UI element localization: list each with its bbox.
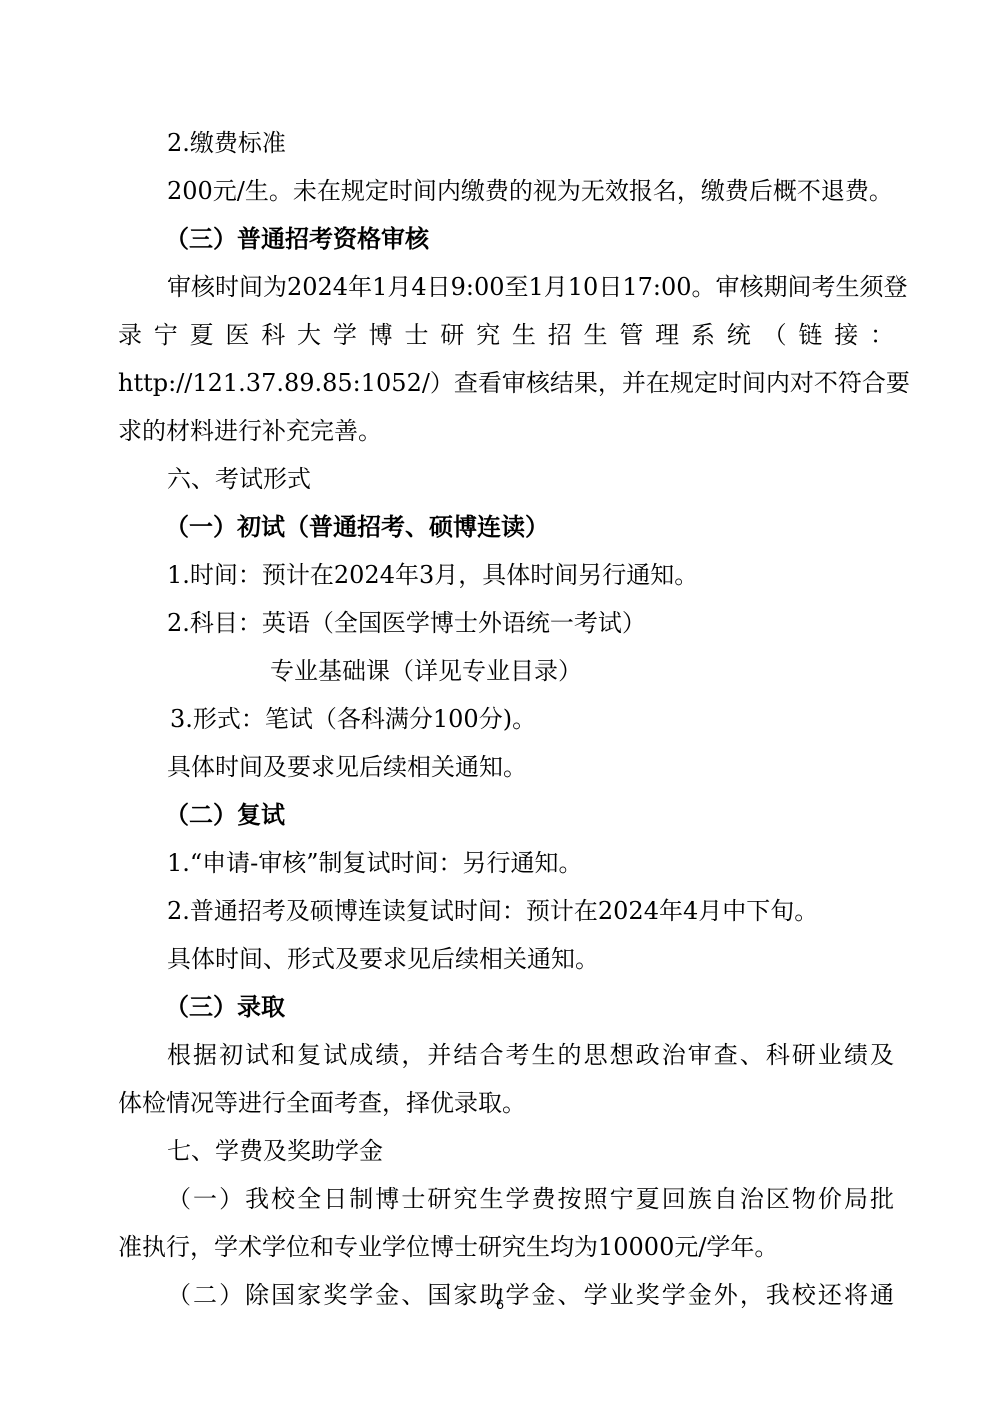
- retest-item-2: 2.普通招考及硕博连读复试时间：预计在2024年4月中下旬。: [167, 895, 894, 927]
- preliminary-exam-time: 1.时间：预计在2024年3月，具体时间另行通知。: [167, 559, 894, 591]
- review-paragraph-line: http://121.37.89.85:1052/）查看审核结果，并在规定时间内…: [118, 367, 894, 399]
- fee-standard-title: 2.缴费标准: [167, 127, 894, 159]
- preliminary-exam-subject-2: 专业基础课（详见专业目录）: [270, 655, 1000, 687]
- tuition-paragraph-line: 准执行，学术学位和专业学位博士研究生均为10000元/学年。: [118, 1231, 894, 1263]
- review-paragraph-line: 审核时间为2024年1月4日9:00至1月10日17:00。审核期间考生须登: [167, 271, 894, 303]
- tuition-paragraph-line: （一）我校全日制博士研究生学费按照宁夏回族自治区物价局批: [167, 1183, 894, 1215]
- preliminary-exam-form: 3.形式：笔试（各科满分100分)。: [170, 703, 946, 735]
- retest-heading: （二）复试: [165, 799, 941, 831]
- retest-note: 具体时间、形式及要求见后续相关通知。: [167, 943, 894, 975]
- document-page: 2.缴费标准 200元/生。未在规定时间内缴费的视为无效报名，缴费后概不退费。 …: [0, 0, 1000, 1417]
- admission-paragraph-line: 体检情况等进行全面考查，择优录取。: [118, 1087, 894, 1119]
- fee-standard-body: 200元/生。未在规定时间内缴费的视为无效报名，缴费后概不退费。: [167, 175, 894, 207]
- review-paragraph-line: 录宁夏医科大学博士研究生招生管理系统（链接：: [118, 319, 894, 351]
- section-7-heading: 七、学费及奖助学金: [167, 1135, 894, 1167]
- review-heading: （三）普通招考资格审核: [165, 223, 941, 255]
- preliminary-exam-heading: （一）初试（普通招考、硕博连读）: [165, 511, 941, 543]
- retest-item-1: 1.“申请-审核”制复试时间：另行通知。: [167, 847, 894, 879]
- preliminary-exam-note: 具体时间及要求见后续相关通知。: [167, 751, 894, 783]
- preliminary-exam-subject: 2.科目：英语（全国医学博士外语统一考试）: [167, 607, 894, 639]
- review-paragraph-line: 求的材料进行补充完善。: [118, 415, 894, 447]
- page-number: 6: [0, 1296, 1000, 1312]
- admission-paragraph-line: 根据初试和复试成绩，并结合考生的思想政治审查、科研业绩及: [167, 1039, 894, 1071]
- admission-heading: （三）录取: [165, 991, 941, 1023]
- section-6-heading: 六、考试形式: [167, 463, 894, 495]
